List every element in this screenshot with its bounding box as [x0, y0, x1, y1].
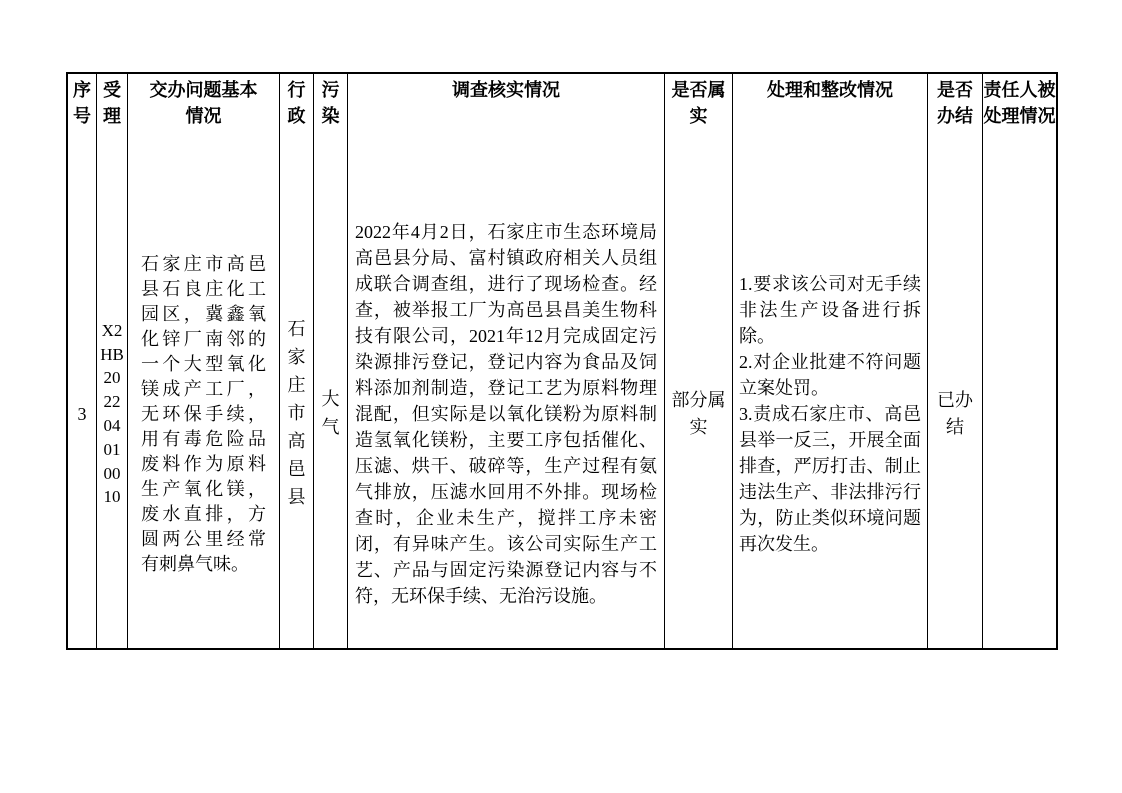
column-is-closed: 是否 办结 已办结	[927, 74, 982, 648]
column-serial-number: 序 号 3	[68, 74, 96, 648]
cell-acceptance-no: X2 HB 20 22 04 01 00 10	[100, 319, 124, 509]
cell-responsible-person-wrap	[983, 180, 1056, 648]
cell-acceptance-no-wrap: X2 HB 20 22 04 01 00 10	[97, 180, 127, 648]
header-responsible-person: 责任人被 处理情况	[983, 74, 1056, 180]
header-administrative-region: 行 政	[280, 74, 313, 180]
header-pollution-type: 污 染	[314, 74, 347, 180]
column-handling-rectification: 处理和整改情况 1.要求该公司对无手续非法生产设备进行拆除。 2.对企业批建不符…	[732, 74, 927, 648]
cell-pollution-type-wrap: 大气	[314, 180, 347, 648]
header-is-verified: 是否属 实	[665, 74, 732, 180]
handling-item-1: 1.要求该公司对无手续非法生产设备进行拆除。	[739, 271, 921, 349]
cell-serial-number-wrap: 3	[68, 180, 96, 648]
header-serial-number: 序 号	[68, 74, 96, 180]
column-pollution-type: 污 染 大气	[313, 74, 347, 648]
column-responsible-person: 责任人被 处理情况	[982, 74, 1056, 648]
header-investigation: 调查核实情况	[348, 74, 664, 180]
cell-is-closed-wrap: 已办结	[928, 180, 982, 648]
header-handling-rectification: 处理和整改情况	[733, 74, 927, 180]
handling-item-2: 2.对企业批建不符问题立案处罚。	[739, 349, 921, 401]
cell-administrative-region: 石家庄市高邑县	[286, 316, 308, 511]
document-page: 序 号 3 受 理 X2 HB 20 22 04 01 00 10 交办问题基本…	[0, 0, 1122, 793]
cell-problem-description: 石家庄市高邑县石良庄化工园区，冀鑫氧化锌厂南邻的一个大型氧化镁成产工厂，无环保手…	[128, 252, 279, 577]
column-is-verified: 是否属 实 部分属实	[664, 74, 732, 648]
cell-administrative-region-wrap: 石家庄市高邑县	[280, 180, 313, 648]
column-administrative-region: 行 政 石家庄市高邑县	[279, 74, 313, 648]
header-acceptance-no: 受 理	[97, 74, 127, 180]
header-is-closed: 是否 办结	[928, 74, 982, 180]
handling-item-3: 3.责成石家庄市、高邑县举一反三，开展全面排查，严厉打击、制止违法生产、非法排污…	[739, 401, 921, 557]
cell-responsible-person	[983, 180, 1056, 648]
cell-is-closed: 已办结	[928, 387, 982, 441]
header-problem-description: 交办问题基本 情况	[128, 74, 279, 180]
cell-problem-description-wrap: 石家庄市高邑县石良庄化工园区，冀鑫氧化锌厂南邻的一个大型氧化镁成产工厂，无环保手…	[128, 180, 279, 648]
cell-handling-rectification-wrap: 1.要求该公司对无手续非法生产设备进行拆除。 2.对企业批建不符问题立案处罚。 …	[733, 180, 927, 648]
cell-handling-rectification: 1.要求该公司对无手续非法生产设备进行拆除。 2.对企业批建不符问题立案处罚。 …	[733, 271, 927, 557]
column-acceptance-no: 受 理 X2 HB 20 22 04 01 00 10	[96, 74, 127, 648]
column-problem-description: 交办问题基本 情况 石家庄市高邑县石良庄化工园区，冀鑫氧化锌厂南邻的一个大型氧化…	[127, 74, 279, 648]
column-investigation: 调查核实情况 2022年4月2日，石家庄市生态环境局高邑县分局、富村镇政府相关人…	[347, 74, 664, 648]
complaint-handling-table: 序 号 3 受 理 X2 HB 20 22 04 01 00 10 交办问题基本…	[66, 72, 1058, 650]
cell-pollution-type: 大气	[320, 386, 342, 442]
cell-is-verified: 部分属实	[665, 387, 732, 441]
cell-is-verified-wrap: 部分属实	[665, 180, 732, 648]
cell-investigation-wrap: 2022年4月2日，石家庄市生态环境局高邑县分局、富村镇政府相关人员组成联合调查…	[348, 180, 664, 648]
cell-investigation: 2022年4月2日，石家庄市生态环境局高邑县分局、富村镇政府相关人员组成联合调查…	[348, 219, 664, 609]
cell-serial-number: 3	[78, 404, 87, 425]
